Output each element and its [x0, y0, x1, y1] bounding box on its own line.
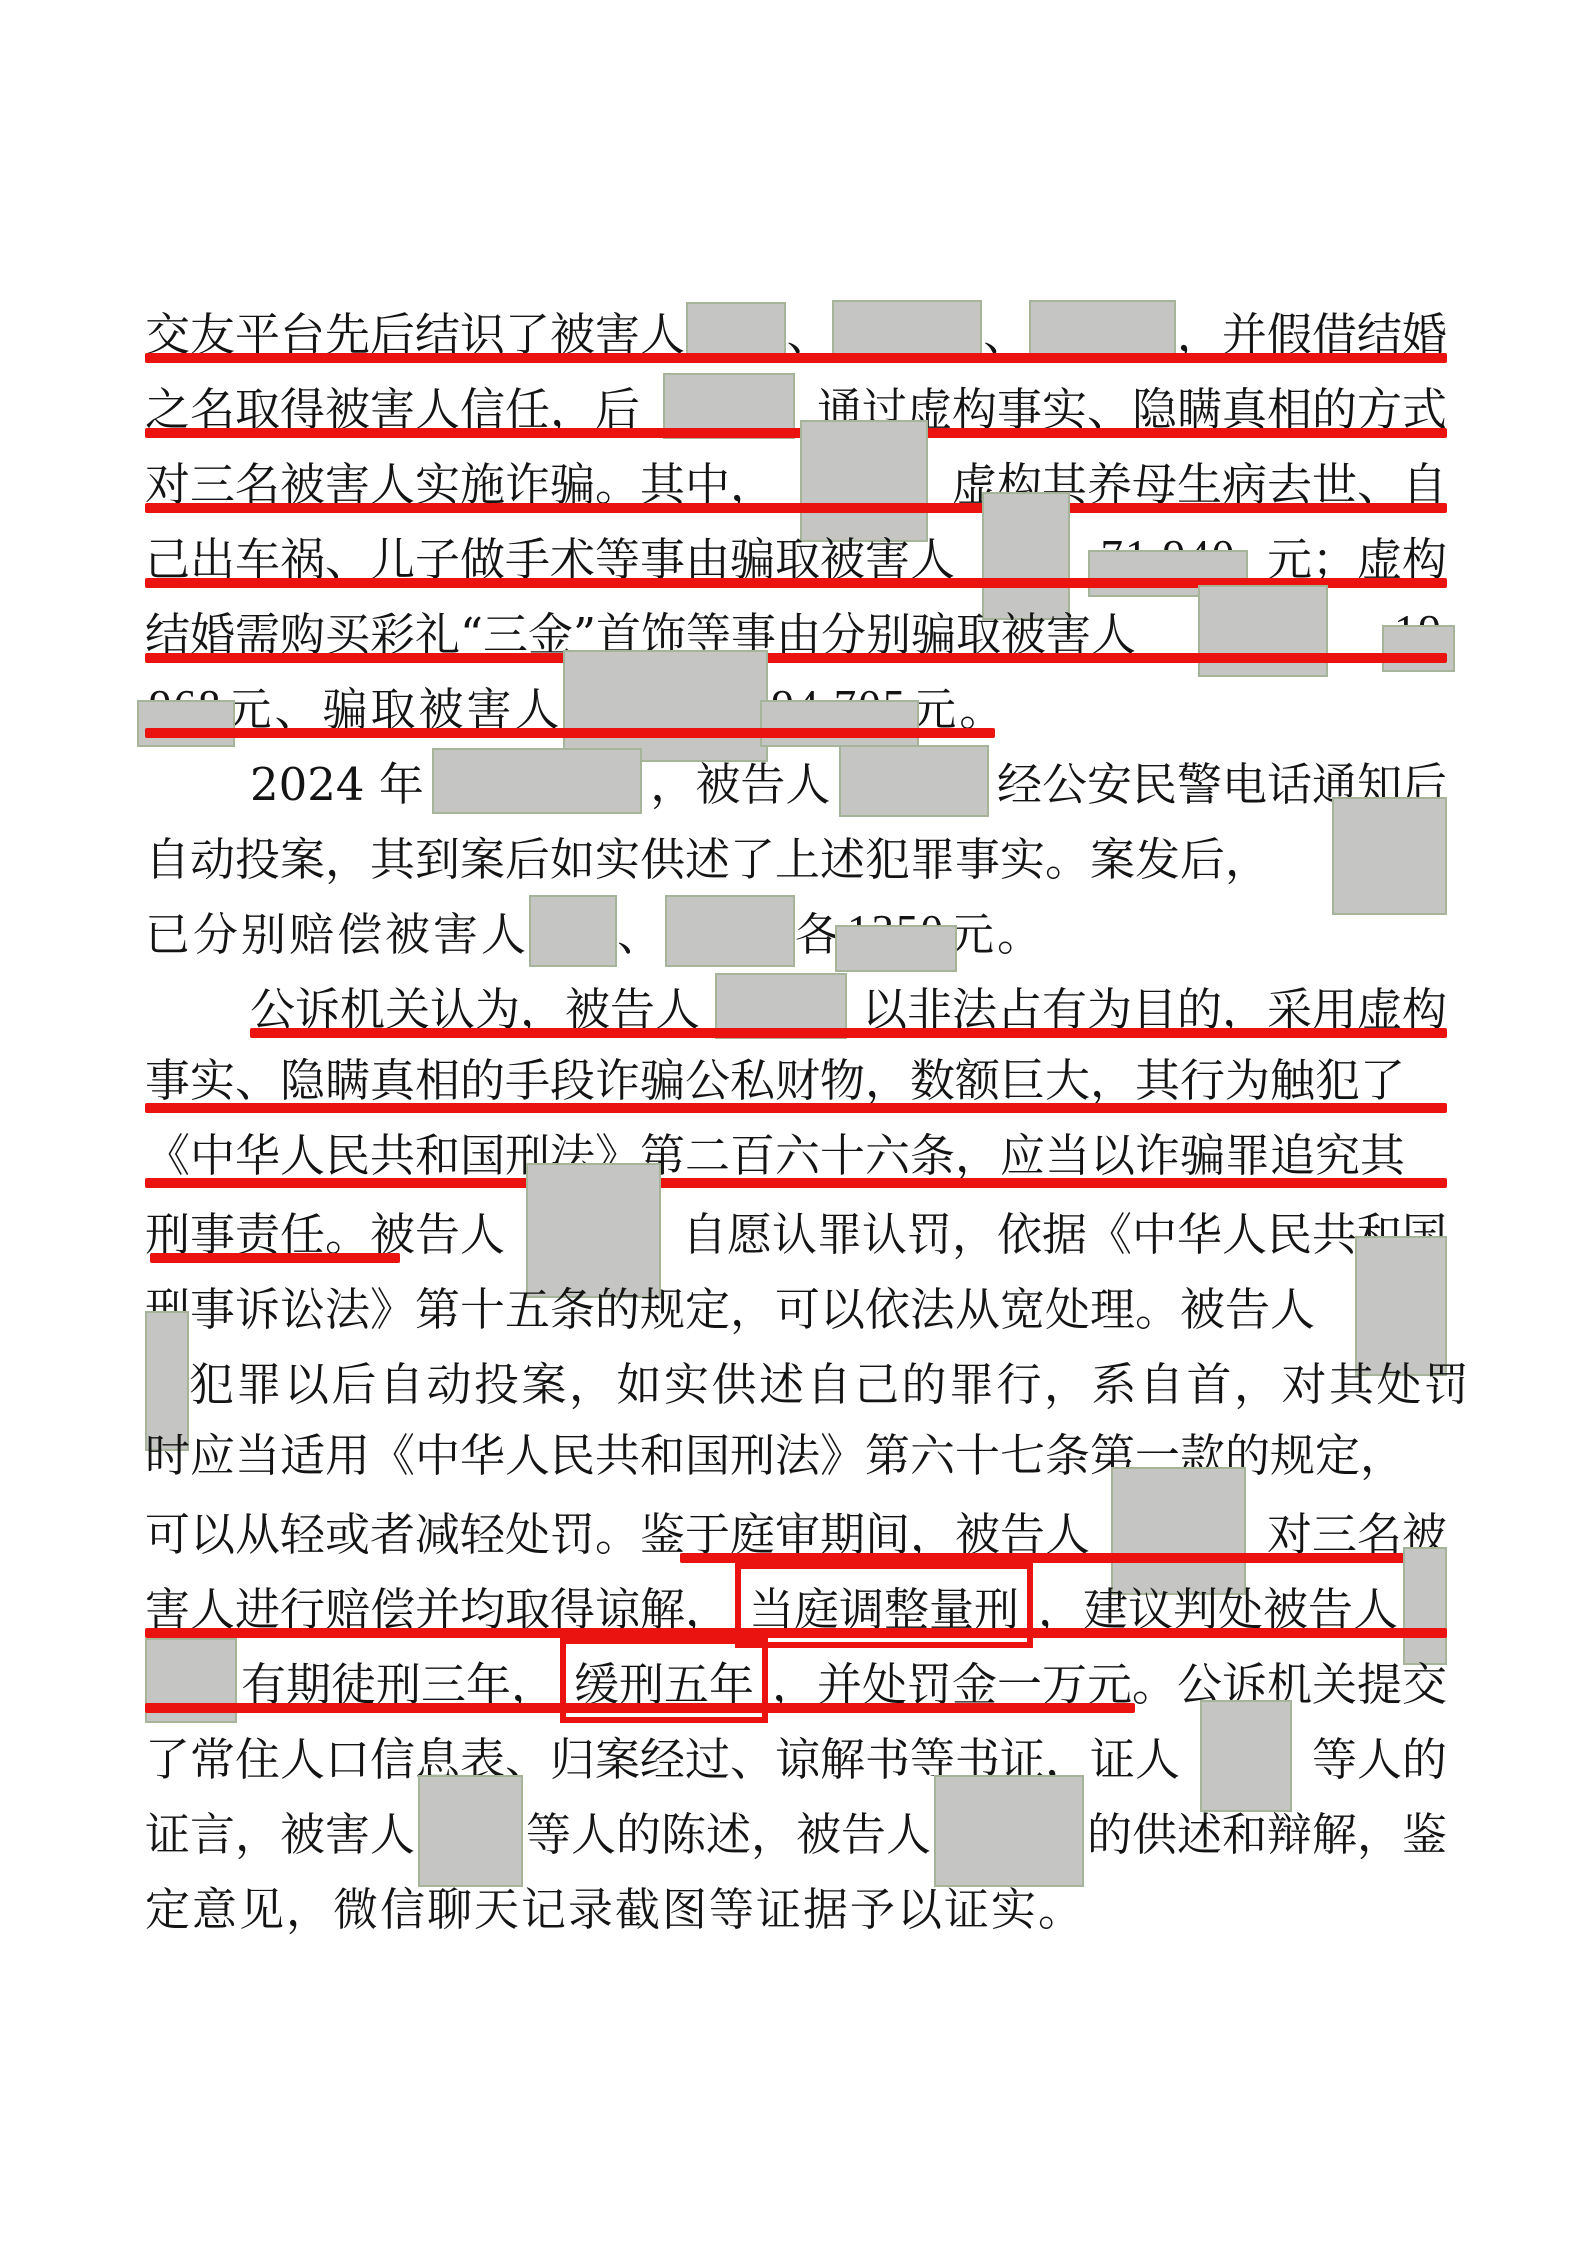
red-underline — [145, 728, 995, 738]
court-document-page: 交友平台先后结识了被害人、、，并假借结婚之名取得被害人信任，后通过虚构事实、隐瞒… — [0, 0, 1587, 2245]
redacted-number-wrap: 19 — [1390, 605, 1447, 657]
red-underline — [145, 1703, 1135, 1713]
text-run: ，被告人 — [650, 748, 830, 813]
redaction-box — [760, 700, 920, 747]
red-underline — [145, 653, 1447, 663]
redaction-box — [137, 700, 235, 747]
red-underline — [145, 1628, 1447, 1638]
document-line: 已分别赔偿被害人、各1350元。 — [145, 893, 1447, 968]
red-underline — [150, 1253, 400, 1263]
document-line: 时应当适用《中华人民共和国刑法》第六十七条第一款的规定， — [145, 1418, 1447, 1493]
document-line: 了常住人口信息表、归案经过、谅解书等书证，证人等人的 — [145, 1718, 1447, 1793]
red-underline — [145, 503, 1447, 513]
text-run: 犯罪以后自动投案，如实供述自己的罪行，系自首，对其处罚 — [189, 1348, 1472, 1413]
text-run: 的供述和辩解，鉴 — [1087, 1798, 1447, 1863]
redaction-box — [835, 925, 957, 972]
redacted-number-wrap: 968 — [145, 680, 227, 732]
text-run: 定意见，微信聊天记录截图等证据予以证实。 — [145, 1873, 1085, 1938]
redacted-number-wrap: 94,705 — [768, 680, 912, 732]
document-line: 证言，被害人等人的陈述，被告人的供述和辩解，鉴 — [145, 1793, 1447, 1868]
red-underline — [145, 353, 1447, 363]
red-underline — [680, 1553, 1447, 1563]
text-run: 刑事诉讼法》第十五条的规定，可以依法从宽处理。被告人 — [145, 1273, 1315, 1338]
redaction-box — [529, 895, 617, 967]
text-run: 证言，被害人 — [145, 1798, 415, 1863]
redacted-number-wrap: 71,940 — [1096, 530, 1240, 582]
text-run: 2024 年 — [250, 748, 424, 813]
redaction-box — [665, 895, 795, 967]
red-underline — [145, 1178, 1447, 1188]
document-line: 2024 年，被告人经公安民警电话通知后 — [145, 743, 1447, 818]
redaction-box — [1382, 625, 1455, 672]
text-run: 等人的陈述，被告人 — [526, 1798, 931, 1863]
redaction-box — [839, 745, 989, 817]
text-run: 、 — [617, 898, 665, 963]
red-underline — [145, 428, 1447, 438]
document-line: 定意见，微信聊天记录截图等证据予以证实。 — [145, 1868, 1447, 1943]
redaction-box — [686, 302, 786, 360]
redaction-box — [432, 748, 642, 814]
document-line: 自动投案，其到案后如实供述了上述犯罪事实。案发后， — [145, 818, 1447, 893]
document-line: 刑事诉讼法》第十五条的规定，可以依法从宽处理。被告人 — [145, 1268, 1447, 1343]
text-run: 已分别赔偿被害人 — [145, 898, 529, 963]
redacted-number-wrap: 1350 — [843, 905, 949, 957]
red-underline — [250, 1028, 1447, 1038]
text-run: 元。 — [949, 898, 1045, 963]
text-run: 自动投案，其到案后如实供述了上述犯罪事实。案发后， — [145, 823, 1270, 888]
red-underline — [145, 1103, 1447, 1113]
text-run: 等人的 — [1312, 1723, 1447, 1788]
text-run: 自愿认罪认罚，依据《中华人民共和国 — [682, 1198, 1447, 1263]
document-line: 犯罪以后自动投案，如实供述自己的罪行，系自首，对其处罚 — [145, 1343, 1447, 1418]
